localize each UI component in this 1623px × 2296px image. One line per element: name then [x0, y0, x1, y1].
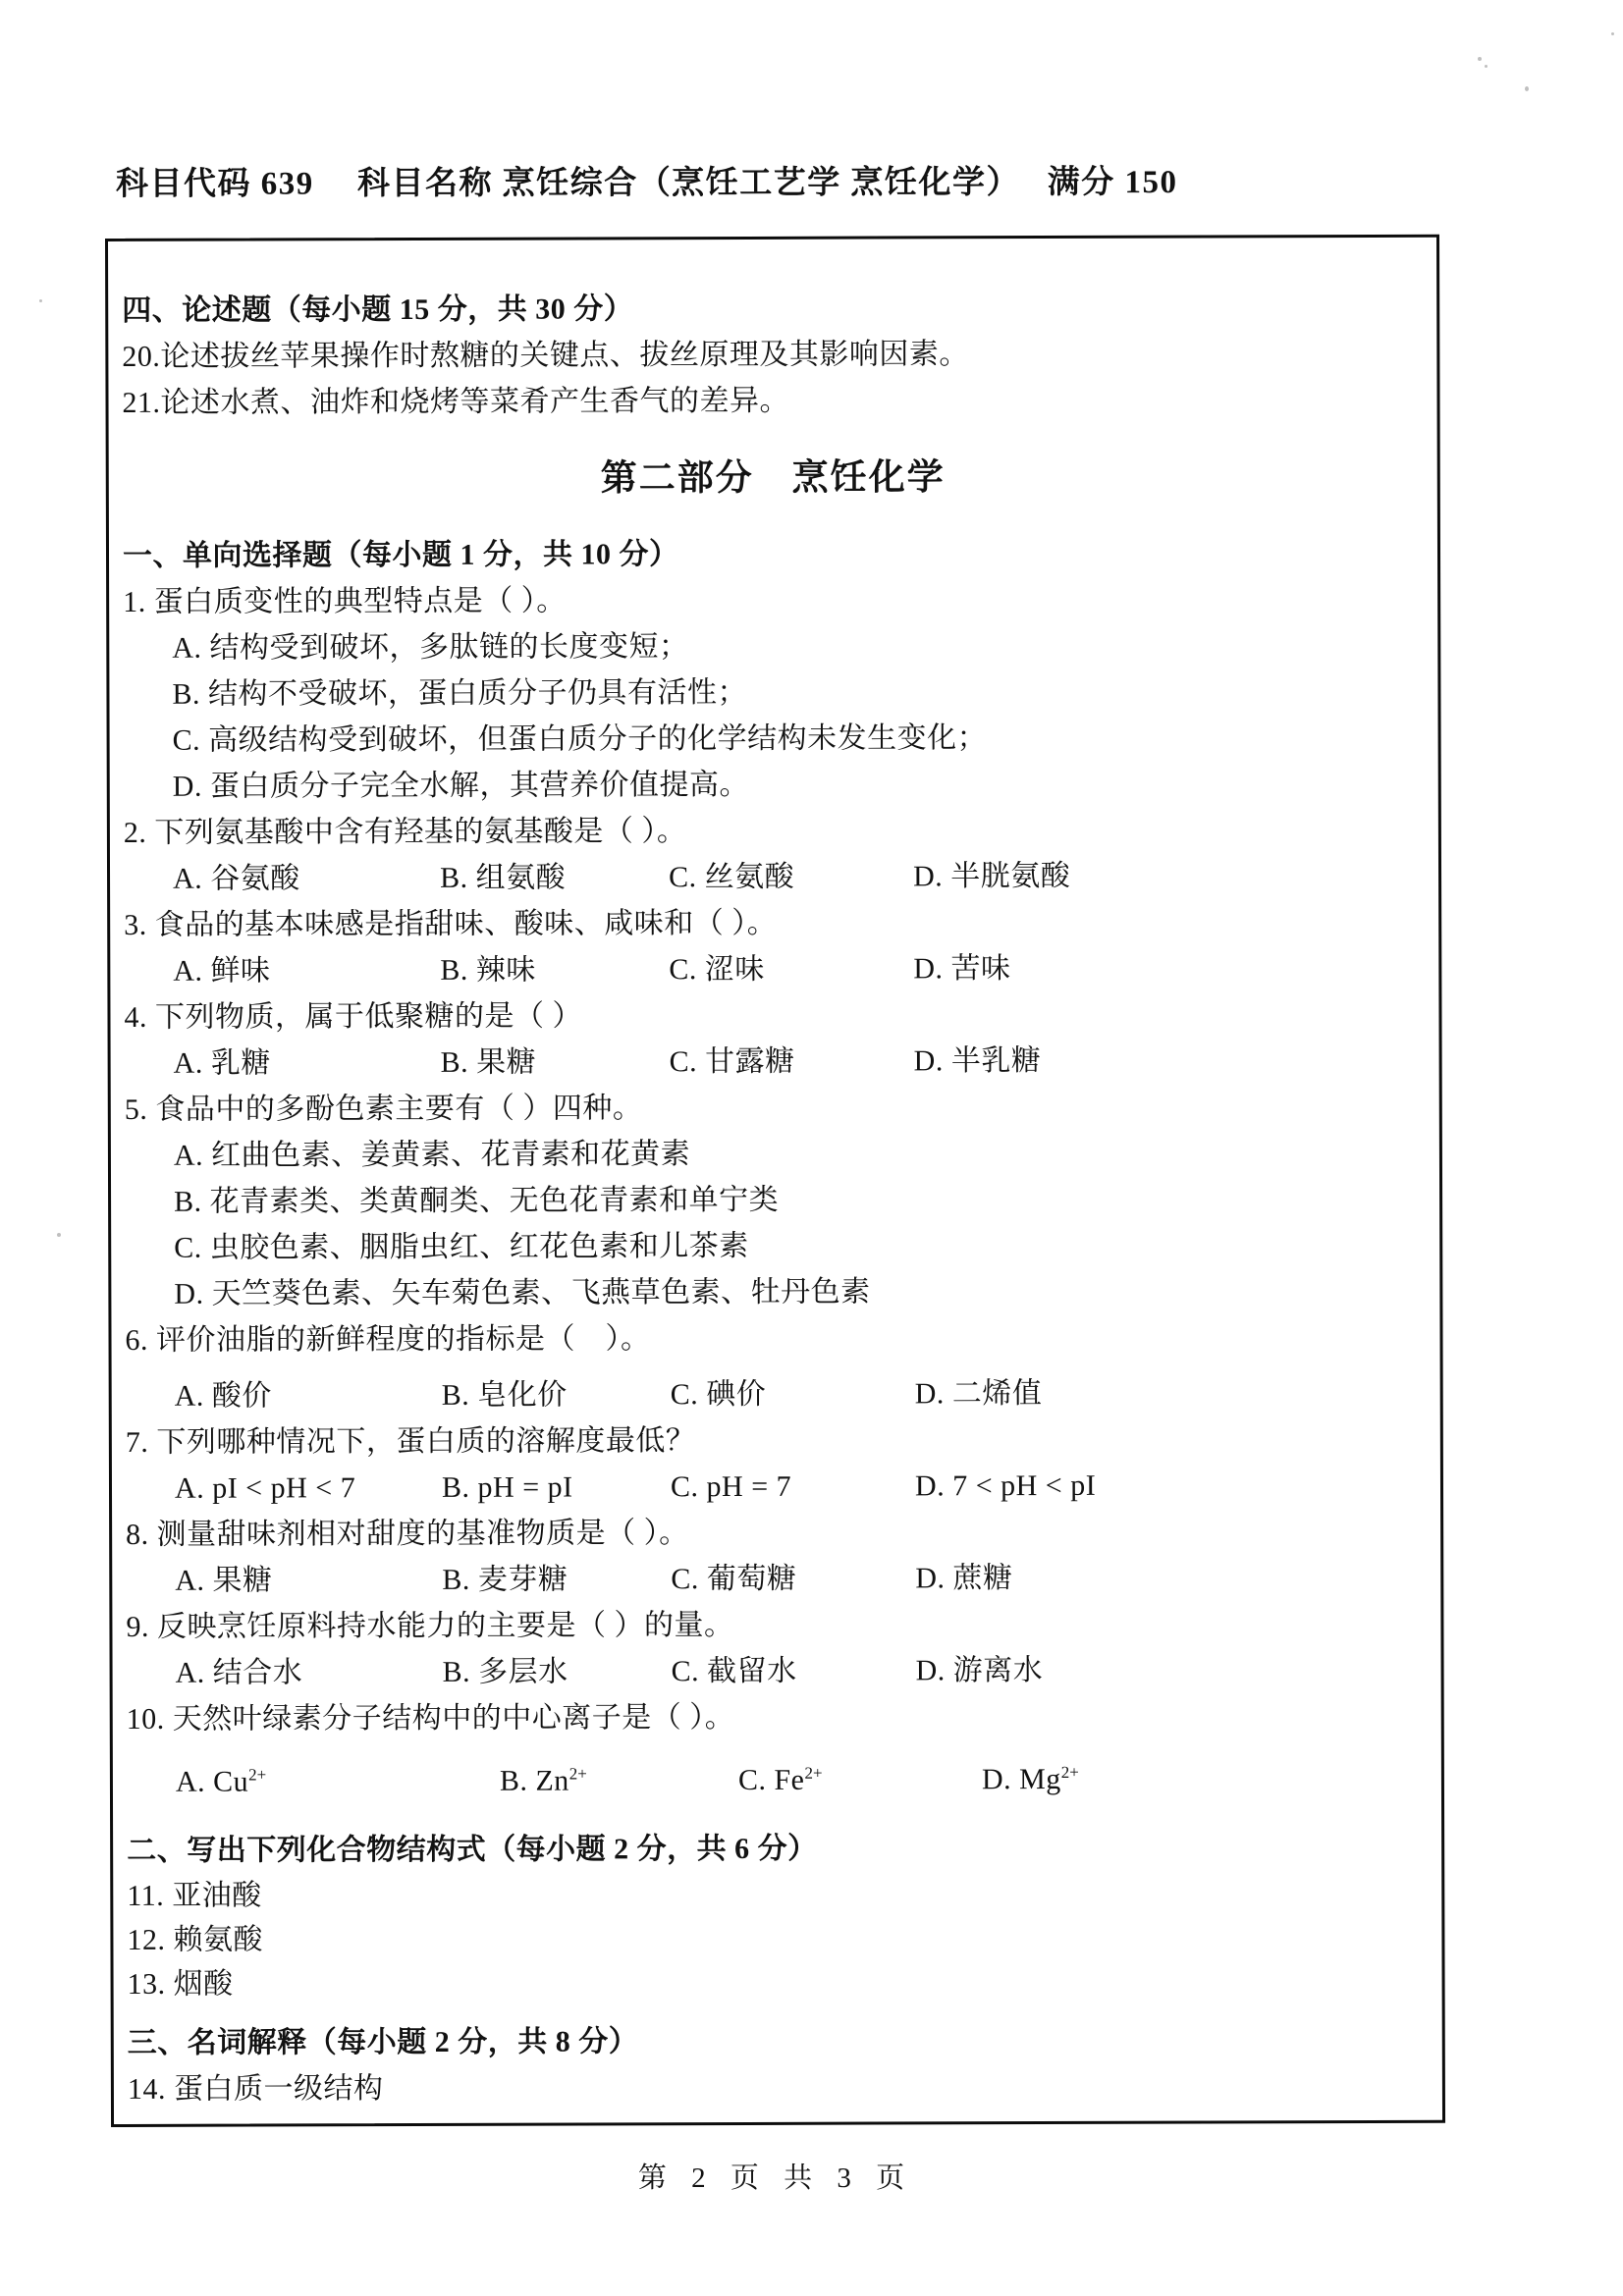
option-item: C. 涩味	[669, 945, 913, 992]
option-row: A. pI < pH < 7 B. pH = pI C. pH = 7 D. 7…	[175, 1462, 1427, 1512]
exam-page: 科目代码 639 科目名称 烹饪综合（烹饪工艺学 烹饪化学） 满分 150 四、…	[0, 0, 1623, 2296]
option-text: D. Mg	[982, 1763, 1061, 1795]
option-item: A. 乳糖	[174, 1040, 441, 1087]
exam-header-title: 科目代码 639 科目名称 烹饪综合（烹饪工艺学 烹饪化学） 满分 150	[116, 156, 1178, 204]
option-item: B. 皂化价	[442, 1371, 671, 1418]
option-row: A. 乳糖 B. 果糖 C. 甘露糖 D. 半乳糖	[174, 1037, 1426, 1087]
option-row: A. Cu2+ B. Zn2+ C. Fe2+ D. Mg2+	[176, 1748, 1428, 1798]
option-item: C. 葡萄糖	[671, 1555, 915, 1602]
option-item: B. 辣味	[440, 946, 669, 993]
option-item: D. 天竺葵色素、矢车菊色素、飞燕草色素、牡丹色素	[174, 1267, 1426, 1317]
option-superscript: 2+	[1061, 1763, 1079, 1782]
option-text: C. Fe	[738, 1764, 805, 1796]
essay-section-title: 四、论述题（每小题 15 分，共 30 分）	[122, 284, 1423, 334]
option-superscript: 2+	[804, 1764, 822, 1783]
scan-noise-speck	[1478, 57, 1482, 61]
option-item: C. 丝氨酸	[669, 853, 913, 900]
option-item: A. 鲜味	[173, 947, 440, 994]
option-item: D. 游离水	[916, 1646, 1428, 1694]
option-row: A. 果糖 B. 麦芽糖 C. 葡萄糖 D. 蔗糖	[175, 1554, 1427, 1604]
option-item: C. Fe2+	[738, 1749, 982, 1796]
option-item: D. 半胱氨酸	[913, 852, 1425, 900]
question-stem: 4. 下列物质，属于低聚糖的是（ ）	[124, 990, 1425, 1041]
question-stem: 8. 测量甜味剂相对甜度的基准物质是（ ）。	[126, 1508, 1427, 1558]
option-item: A. 谷氨酸	[173, 855, 440, 902]
essay-question: 21.论述水煮、油炸和烧烤等菜肴产生香气的差异。	[122, 376, 1423, 426]
option-item: D. 半乳糖	[914, 1037, 1426, 1085]
option-item: A. 果糖	[175, 1557, 442, 1604]
option-item: B. 果糖	[441, 1039, 670, 1086]
question-stem: 6. 评价油脂的新鲜程度的指标是（ ）。	[125, 1313, 1426, 1363]
option-item: B. 麦芽糖	[442, 1556, 671, 1603]
question-stem: 3. 食品的基本味感是指甜味、酸味、咸味和（ ）。	[124, 898, 1425, 948]
option-row: A. 鲜味 B. 辣味 C. 涩味 D. 苦味	[173, 944, 1425, 994]
scan-noise-speck	[1611, 32, 1614, 35]
question-stem: 7. 下列哪种情况下，蛋白质的溶解度最低？	[126, 1415, 1427, 1466]
option-item: B. 多层水	[443, 1648, 672, 1695]
option-item: C. 碘价	[671, 1370, 915, 1417]
structure-section-title: 二、写出下列化合物结构式（每小题 2 分，共 6 分）	[127, 1824, 1428, 1874]
option-item: A. 结合水	[176, 1649, 443, 1696]
term-section-title: 三、名词解释（每小题 2 分，共 8 分）	[128, 2016, 1429, 2066]
option-item: A. 红曲色素、姜黄素、花青素和花黄素	[174, 1129, 1426, 1179]
page-number-footer: 第 2 页 共 3 页	[0, 2156, 1551, 2196]
option-item: A. 酸价	[175, 1372, 442, 1419]
option-superscript: 2+	[248, 1765, 266, 1784]
option-item: A. 结构受到破坏，多肽链的长度变短；	[172, 621, 1424, 671]
option-text: B. Zn	[500, 1765, 569, 1797]
option-item: B. 结构不受破坏，蛋白质分子仍具有活性；	[172, 667, 1424, 718]
option-item: D. 7 < pH < pI	[915, 1462, 1427, 1510]
essay-question: 20.论述拔丝苹果操作时熬糖的关键点、拔丝原理及其影响因素。	[122, 330, 1423, 380]
question-stem: 5. 食品中的多酚色素主要有（ ）四种。	[125, 1083, 1426, 1133]
question-stem: 9. 反映烹饪原料持水能力的主要是（ ）的量。	[126, 1600, 1427, 1650]
option-row: A. 谷氨酸 B. 组氨酸 C. 丝氨酸 D. 半胱氨酸	[173, 852, 1425, 902]
option-item: C. 高级结构受到破坏，但蛋白质分子的化学结构未发生变化；	[173, 714, 1425, 764]
option-text: A. Cu	[176, 1766, 248, 1798]
option-item: B. 花青素类、类黄酮类、无色花青素和单宁类	[174, 1175, 1426, 1225]
question-stem: 10. 天然叶绿素分子结构中的中心离子是（ ）。	[127, 1692, 1428, 1742]
option-item: B. Zn2+	[500, 1750, 738, 1797]
option-item: D. 蛋白质分子完全水解，其营养价值提高。	[173, 760, 1425, 810]
term-item: 14. 蛋白质一级结构	[128, 2062, 1429, 2112]
structure-item: 13. 烟酸	[128, 1958, 1429, 2006]
scan-noise-speck	[57, 1233, 61, 1237]
structure-item: 11. 亚油酸	[127, 1870, 1428, 1918]
option-row: A. 结合水 B. 多层水 C. 截留水 D. 游离水	[176, 1646, 1428, 1696]
option-item: A. Cu2+	[176, 1751, 500, 1798]
option-item: B. pH = pI	[442, 1464, 671, 1511]
mcq-section-title: 一、单向选择题（每小题 1 分，共 10 分）	[123, 529, 1424, 579]
option-item: D. 二烯值	[915, 1369, 1427, 1417]
option-item: C. 甘露糖	[670, 1038, 914, 1085]
scan-noise-speck	[39, 299, 42, 302]
option-item: D. Mg2+	[982, 1748, 1428, 1795]
option-item: D. 蔗糖	[915, 1554, 1427, 1602]
exam-content-box: 四、论述题（每小题 15 分，共 30 分） 20.论述拔丝苹果操作时熬糖的关键…	[105, 235, 1445, 2127]
option-item: A. pI < pH < 7	[175, 1465, 442, 1512]
option-item: B. 组氨酸	[440, 854, 669, 901]
option-item: C. 虫胶色素、胭脂虫红、红花色素和儿茶素	[174, 1221, 1426, 1271]
scan-noise-speck	[1485, 65, 1488, 68]
scan-noise-speck	[1525, 86, 1529, 91]
part2-title: 第二部分 烹饪化学	[123, 450, 1424, 507]
option-item: D. 苦味	[913, 944, 1425, 992]
option-item: C. 截留水	[672, 1647, 916, 1694]
option-superscript: 2+	[569, 1764, 587, 1783]
option-item: C. pH = 7	[671, 1463, 915, 1510]
structure-item: 12. 赖氨酸	[127, 1914, 1428, 1962]
option-row: A. 酸价 B. 皂化价 C. 碘价 D. 二烯值	[175, 1369, 1427, 1419]
question-stem: 1. 蛋白质变性的典型特点是（ ）。	[123, 575, 1424, 625]
question-stem: 2. 下列氨基酸中含有羟基的氨基酸是（ ）。	[124, 806, 1425, 856]
